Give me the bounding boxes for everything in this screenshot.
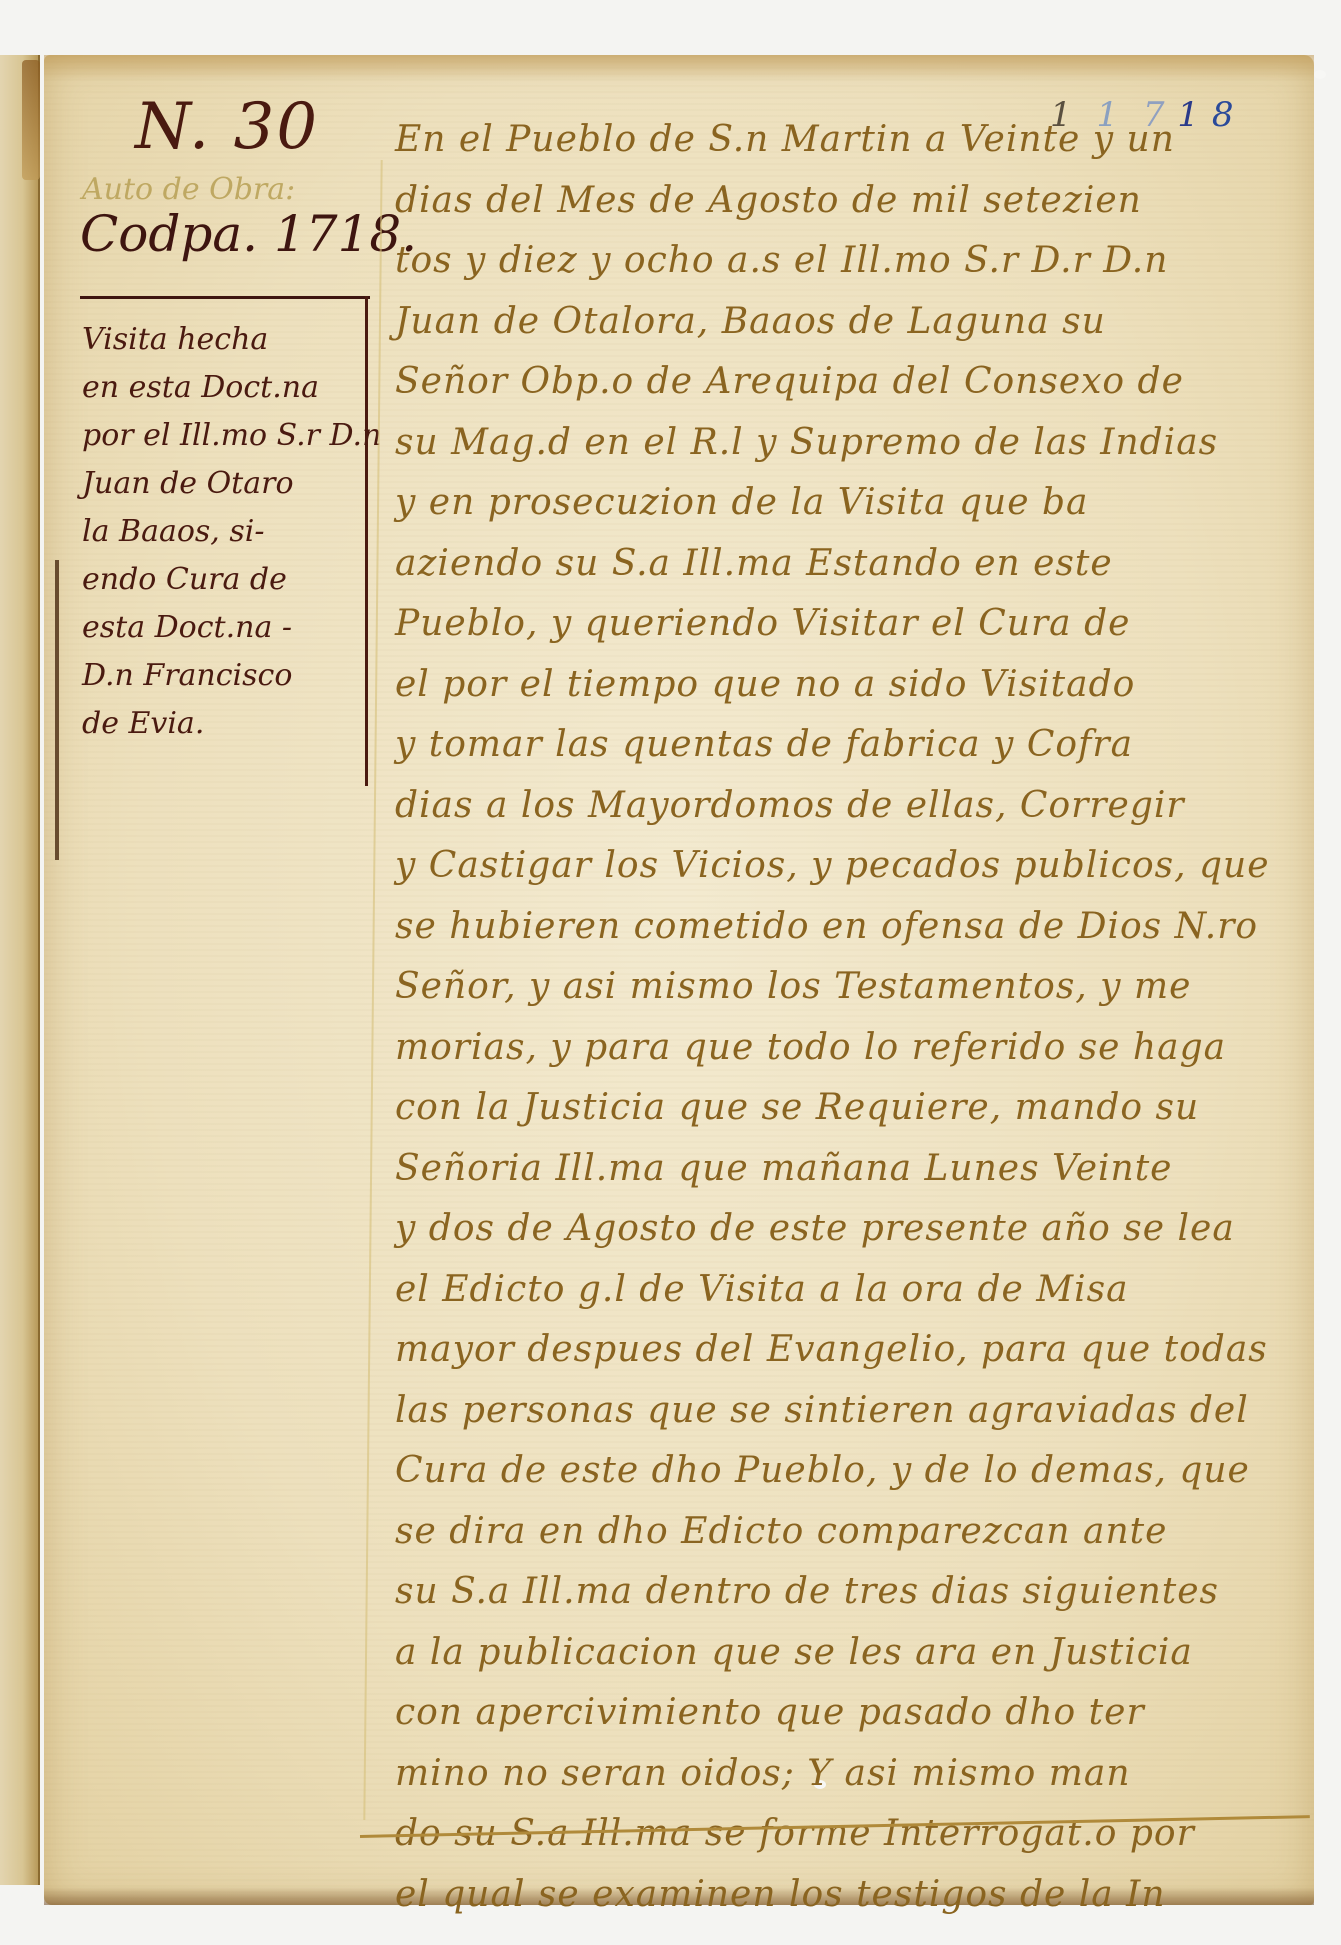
rubric-line: la Baaos, si- (82, 508, 367, 556)
rubric-line: en esta Doct.na (82, 364, 367, 412)
rubric-line: de Evia. (82, 700, 367, 748)
text-line: y Castigar los Vicios, y pecados publico… (395, 836, 1295, 897)
text-line: Cura de este dho Pueblo, y de lo demas, … (395, 1441, 1295, 1502)
text-line: con la Justicia que se Requiere, mando s… (395, 1078, 1295, 1139)
place-year-heading: Codpa. 1718. (80, 205, 417, 263)
previous-leaf-edge (0, 55, 40, 1885)
rubric-line: Visita hecha (82, 316, 367, 364)
text-line: Señoria Ill.ma que mañana Lunes Veinte (395, 1139, 1295, 1200)
text-line: el Edicto g.l de Visita a la ora de Misa (395, 1260, 1295, 1321)
text-line: su Mag.d en el R.l y Supremo de las Indi… (395, 413, 1295, 474)
text-line: se hubieren cometido en ofensa de Dios N… (395, 897, 1295, 958)
rubric-line: por el Ill.mo S.r D.n (82, 412, 367, 460)
text-line: se dira en dho Edicto comparezcan ante (395, 1502, 1295, 1563)
text-line: con apercivimiento que pasado dho ter (395, 1683, 1295, 1744)
text-line: y dos de Agosto de este presente año se … (395, 1199, 1295, 1260)
text-line: Pueblo, y queriendo Visitar el Cura de (395, 594, 1295, 655)
body-text: En el Pueblo de S.n Martin a Veinte y un… (395, 110, 1295, 1925)
rubric-line: Juan de Otaro (82, 460, 367, 508)
text-line: mino no seran oidos; Y asi mismo man (395, 1744, 1295, 1805)
faint-marginal-note: Auto de Obra: (82, 172, 295, 207)
margin-rubric: Visita hecha en esta Doct.na por el Ill.… (82, 316, 367, 748)
rubric-top-rule (80, 296, 370, 299)
text-line: dias a los Mayordomos de ellas, Corregir (395, 776, 1295, 837)
text-line: el por el tiempo que no a sido Visitado (395, 655, 1295, 716)
rubric-line: D.n Francisco (82, 652, 367, 700)
rubric-line: endo Cura de (82, 556, 367, 604)
text-line: mayor despues del Evangelio, para que to… (395, 1320, 1295, 1381)
leaf-top-edge (44, 55, 1314, 81)
text-line: En el Pueblo de S.n Martin a Veinte y un (395, 110, 1295, 171)
margin-left-rule (55, 560, 59, 860)
wormhole (1314, 70, 1326, 79)
text-line: Juan de Otalora, Baaos de Laguna su (395, 292, 1295, 353)
text-line: tos y diez y ocho a.s el Ill.mo S.r D.r … (395, 231, 1295, 292)
document-number: N. 30 (135, 90, 319, 164)
gutter-stain (22, 60, 40, 180)
text-line: y en prosecuzion de la Visita que ba (395, 473, 1295, 534)
text-line: Señor, y asi mismo los Testamentos, y me (395, 957, 1295, 1018)
text-line: y tomar las quentas de fabrica y Cofra (395, 715, 1295, 776)
text-line: aziendo su S.a Ill.ma Estando en este (395, 534, 1295, 595)
text-line: su S.a Ill.ma dentro de tres dias siguie… (395, 1562, 1295, 1623)
rubric-line: esta Doct.na - (82, 604, 367, 652)
text-line: morias, y para que todo lo referido se h… (395, 1018, 1295, 1079)
text-line: a la publicacion que se les ara en Justi… (395, 1623, 1295, 1684)
text-line: Señor Obp.o de Arequipa del Consexo de (395, 352, 1295, 413)
text-line: dias del Mes de Agosto de mil setezien (395, 171, 1295, 232)
text-line: el qual se examinen los testigos de la I… (395, 1865, 1295, 1926)
text-line: las personas que se sintieren agraviadas… (395, 1381, 1295, 1442)
